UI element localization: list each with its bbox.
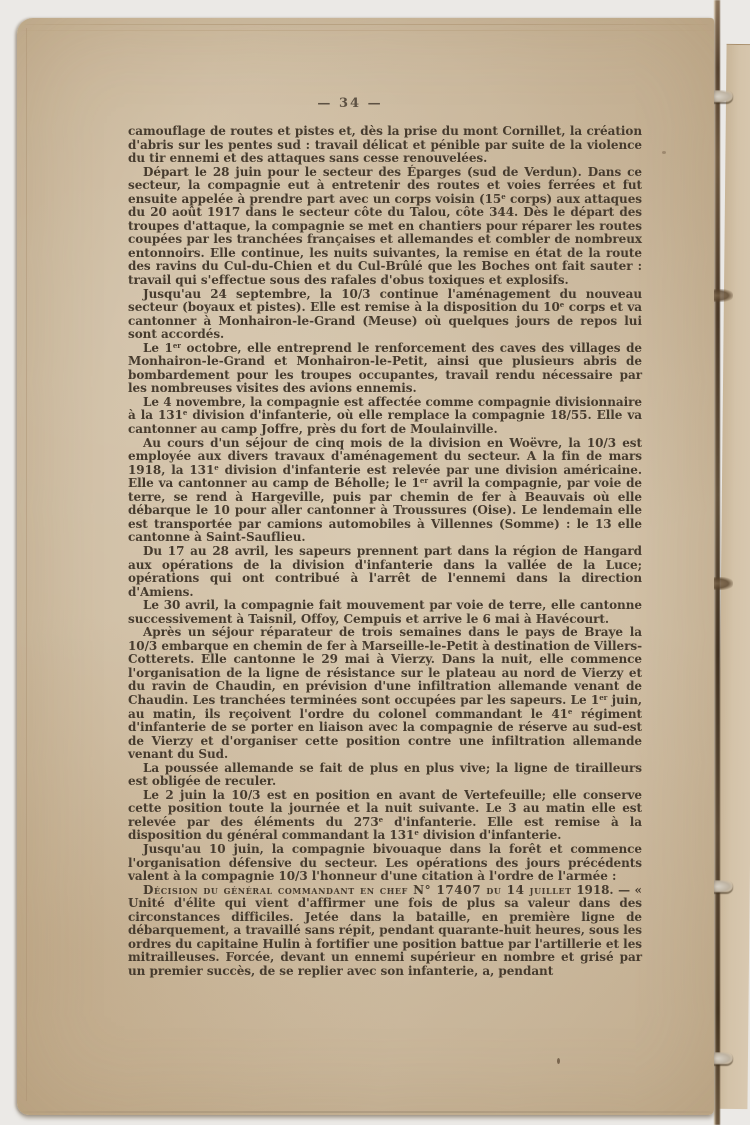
paragraph: La poussée allemande se fait de plus en … bbox=[128, 762, 642, 789]
paragraph: Le 4 novembre, la compagnie est affectée… bbox=[128, 396, 642, 437]
paragraph: Au cours d'un séjour de cinq mois de la … bbox=[128, 437, 642, 545]
page-number: — 34 — bbox=[93, 96, 607, 111]
paragraph: Le 1er octobre, elle entreprend le renfo… bbox=[128, 342, 642, 396]
page-text: camouflage de routes et pistes et, dès l… bbox=[128, 125, 642, 978]
ink-speck bbox=[662, 151, 666, 154]
decision-heading: Décision du général commandant en chef N… bbox=[143, 883, 572, 897]
scanned-book-photo: — 34 — camouflage de routes et pistes et… bbox=[0, 0, 750, 1125]
paragraph: Jusqu'au 24 septembre, la 10/3 continue … bbox=[128, 288, 642, 342]
paragraph: Du 17 au 28 avril, les sapeurs prennent … bbox=[128, 545, 642, 599]
sheet-edge-line bbox=[19, 30, 714, 31]
paragraph: camouflage de routes et pistes et, dès l… bbox=[128, 125, 642, 166]
book-page: — 34 — camouflage de routes et pistes et… bbox=[17, 18, 714, 1115]
paragraph: Le 2 juin la 10/3 est en position en ava… bbox=[128, 789, 642, 843]
paragraph: Départ le 28 juin pour le secteur des Ép… bbox=[128, 166, 642, 288]
sheet-edge-line bbox=[21, 1111, 712, 1113]
binding-crease bbox=[714, 0, 720, 1125]
ink-speck bbox=[557, 1058, 560, 1064]
decision-text: 1918. — « Unité d'élite qui vient d'affi… bbox=[128, 883, 642, 978]
paragraph: Le 30 avril, la compagnie fait mouvement… bbox=[128, 599, 642, 626]
paragraph: Jusqu'au 10 juin, la compagnie bivouaque… bbox=[128, 843, 642, 884]
sheet-edge-line bbox=[22, 24, 711, 25]
paragraph-citation: Décision du général commandant en chef N… bbox=[128, 884, 642, 979]
sheet-edge-line bbox=[26, 28, 27, 1101]
paragraph: Après un séjour réparateur de trois sema… bbox=[128, 626, 642, 761]
